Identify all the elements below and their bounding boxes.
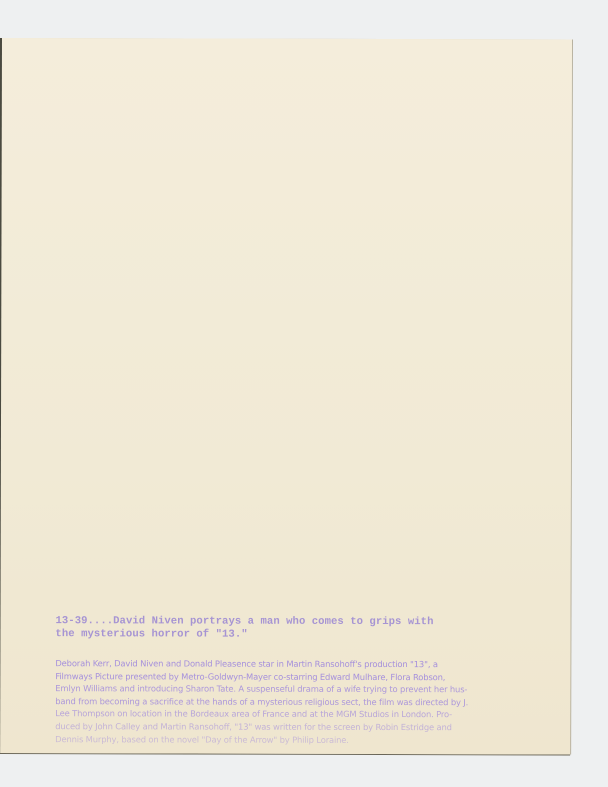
typed-caption: 13-39....David Niven portrays a man who … [55, 615, 515, 642]
caption-line: the mysterious horror of "13." [55, 628, 247, 641]
caption-line: 13-39....David Niven portrays a man who … [55, 615, 433, 628]
description-line: Deborah Kerr, David Niven and Donald Ple… [55, 657, 563, 671]
description-line: Dennis Murphy, based on the novel "Day o… [55, 733, 563, 747]
printed-description: Deborah Kerr, David Niven and Donald Ple… [55, 657, 563, 746]
photo-back-paper: 13-39....David Niven portrays a man who … [0, 38, 572, 754]
